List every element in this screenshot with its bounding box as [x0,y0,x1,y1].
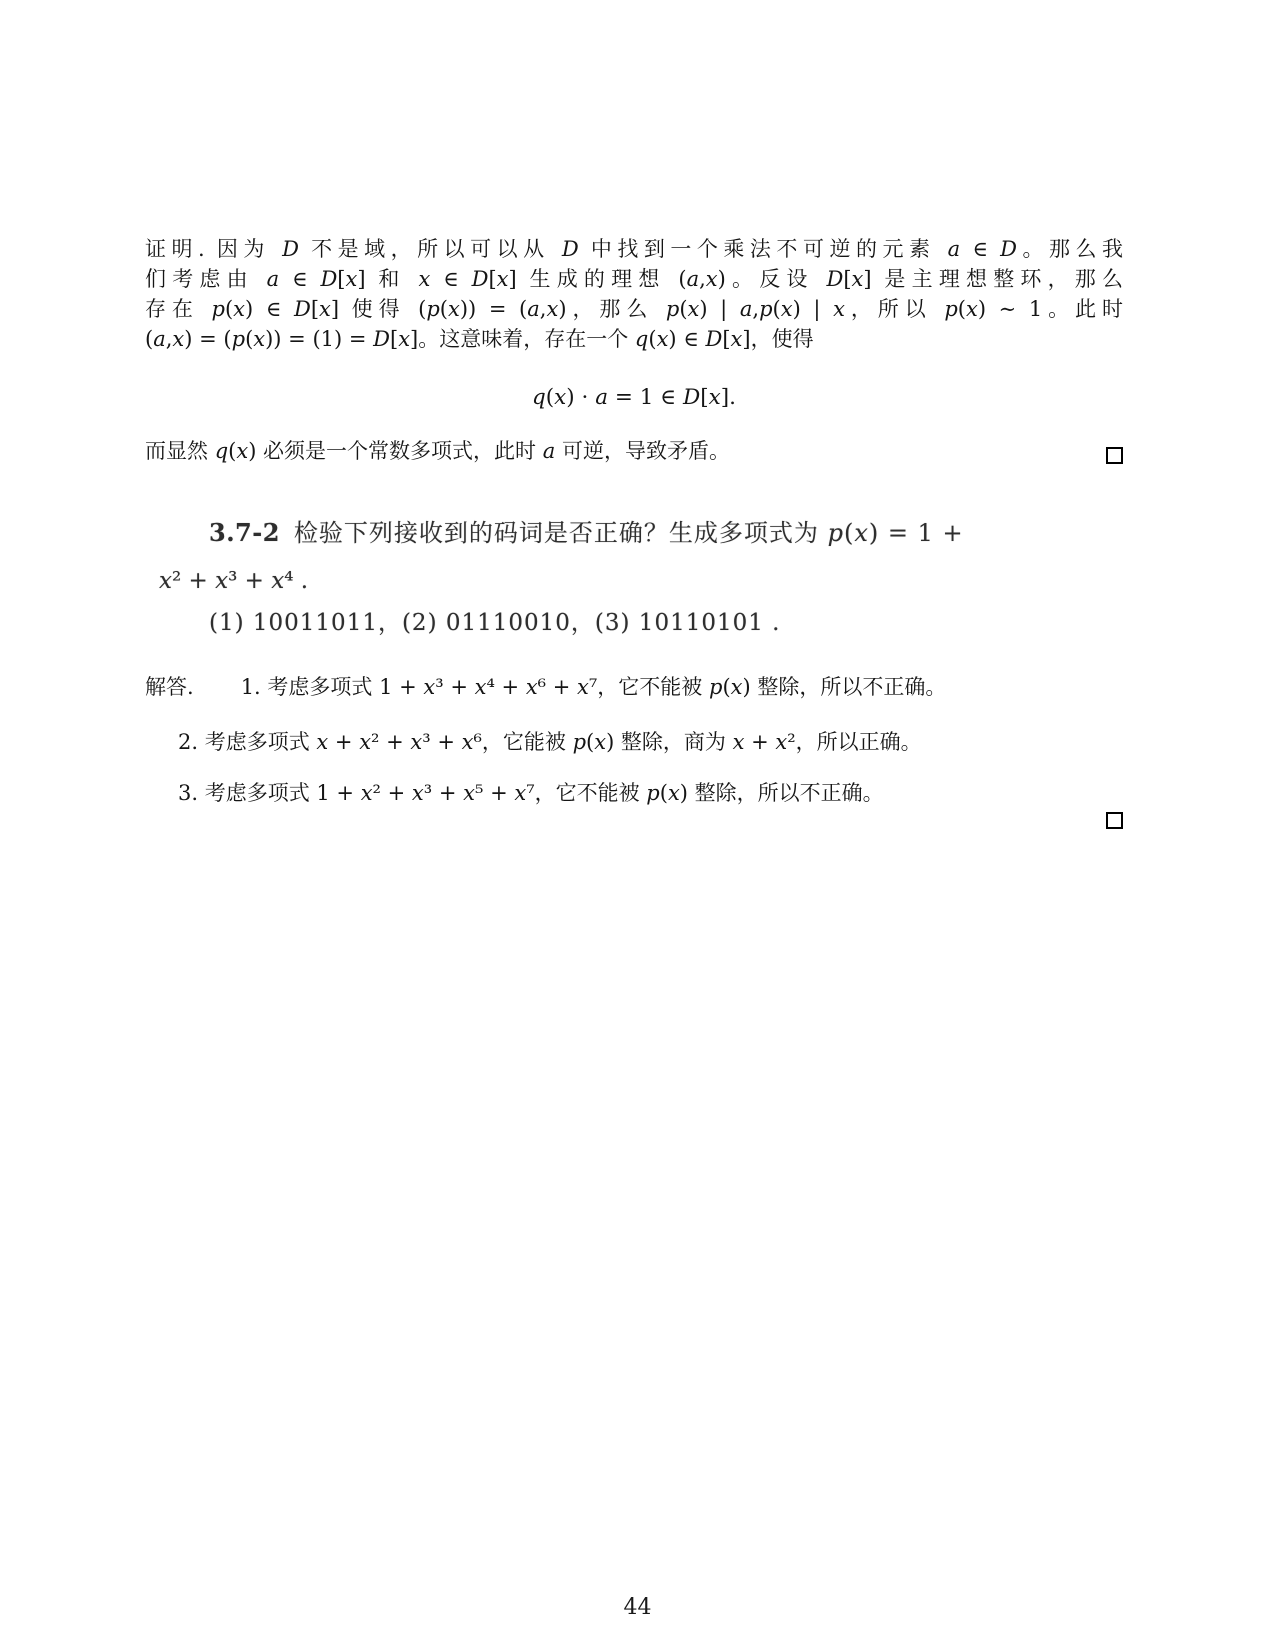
problem-statement-text: 检验下列接收到的码词是否正确？生成多项式为 p(x) = 1 + [294,519,964,547]
solution-item-3: 3. 考虑多项式 1 + x² + x³ + x⁵ + x⁷，它不能被 p(x)… [178,778,1123,808]
problem-codewords: (1) 10011011，(2) 01110010，(3) 10110101 . [209,607,1123,639]
solution-label: 解答. [145,675,194,699]
document-page: 证明. 因为 D 不是域，所以可以从 D 中找到一个乘法不可逆的元素 a ∈ D… [0,0,1275,1650]
qed-box-proof [1106,447,1123,464]
problem-heading: 3.7-2检验下列接收到的码词是否正确？生成多项式为 p(x) = 1 + [209,515,1123,551]
page-number: 44 [0,1595,1275,1620]
proof-line: 存在 p(x) ∈ D[x] 使得 (p(x)) = (a,x)，那么 p(x)… [145,294,1123,324]
proof-closing-line: 而显然 q(x) 必须是一个常数多项式，此时 a 可逆，导致矛盾。 [145,436,1123,466]
proof-line: 证明. 因为 D 不是域，所以可以从 D 中找到一个乘法不可逆的元素 a ∈ D… [145,234,1123,264]
problem-statement-continuation: x² + x³ + x⁴ . [159,565,1123,597]
qed-box-solution [1106,812,1123,829]
solution-first-line: 解答.1. 考虑多项式 1 + x³ + x⁴ + x⁶ + x⁷，它不能被 p… [145,672,1123,702]
proof-paragraph: 证明. 因为 D 不是域，所以可以从 D 中找到一个乘法不可逆的元素 a ∈ D… [145,234,1123,354]
solution-item-1: 1. 考虑多项式 1 + x³ + x⁴ + x⁶ + x⁷，它不能被 p(x)… [241,675,947,699]
solution-item-2: 2. 考虑多项式 x + x² + x³ + x⁶，它能被 p(x) 整除，商为… [178,727,1123,757]
proof-line: (a,x) = (p(x)) = (1) = D[x]。这意味着，存在一个 q(… [145,324,1123,354]
proof-line: 们考虑由 a ∈ D[x] 和 x ∈ D[x] 生成的理想 (a,x)。反设 … [145,264,1123,294]
problem-number: 3.7-2 [209,518,280,547]
problem-statement-scan: 3.7-2检验下列接收到的码词是否正确？生成多项式为 p(x) = 1 + x²… [145,515,1123,639]
display-equation: q(x) · a = 1 ∈ D[x]. [145,383,1123,413]
solution-section: 解答.1. 考虑多项式 1 + x³ + x⁴ + x⁶ + x⁷，它不能被 p… [145,672,1123,808]
